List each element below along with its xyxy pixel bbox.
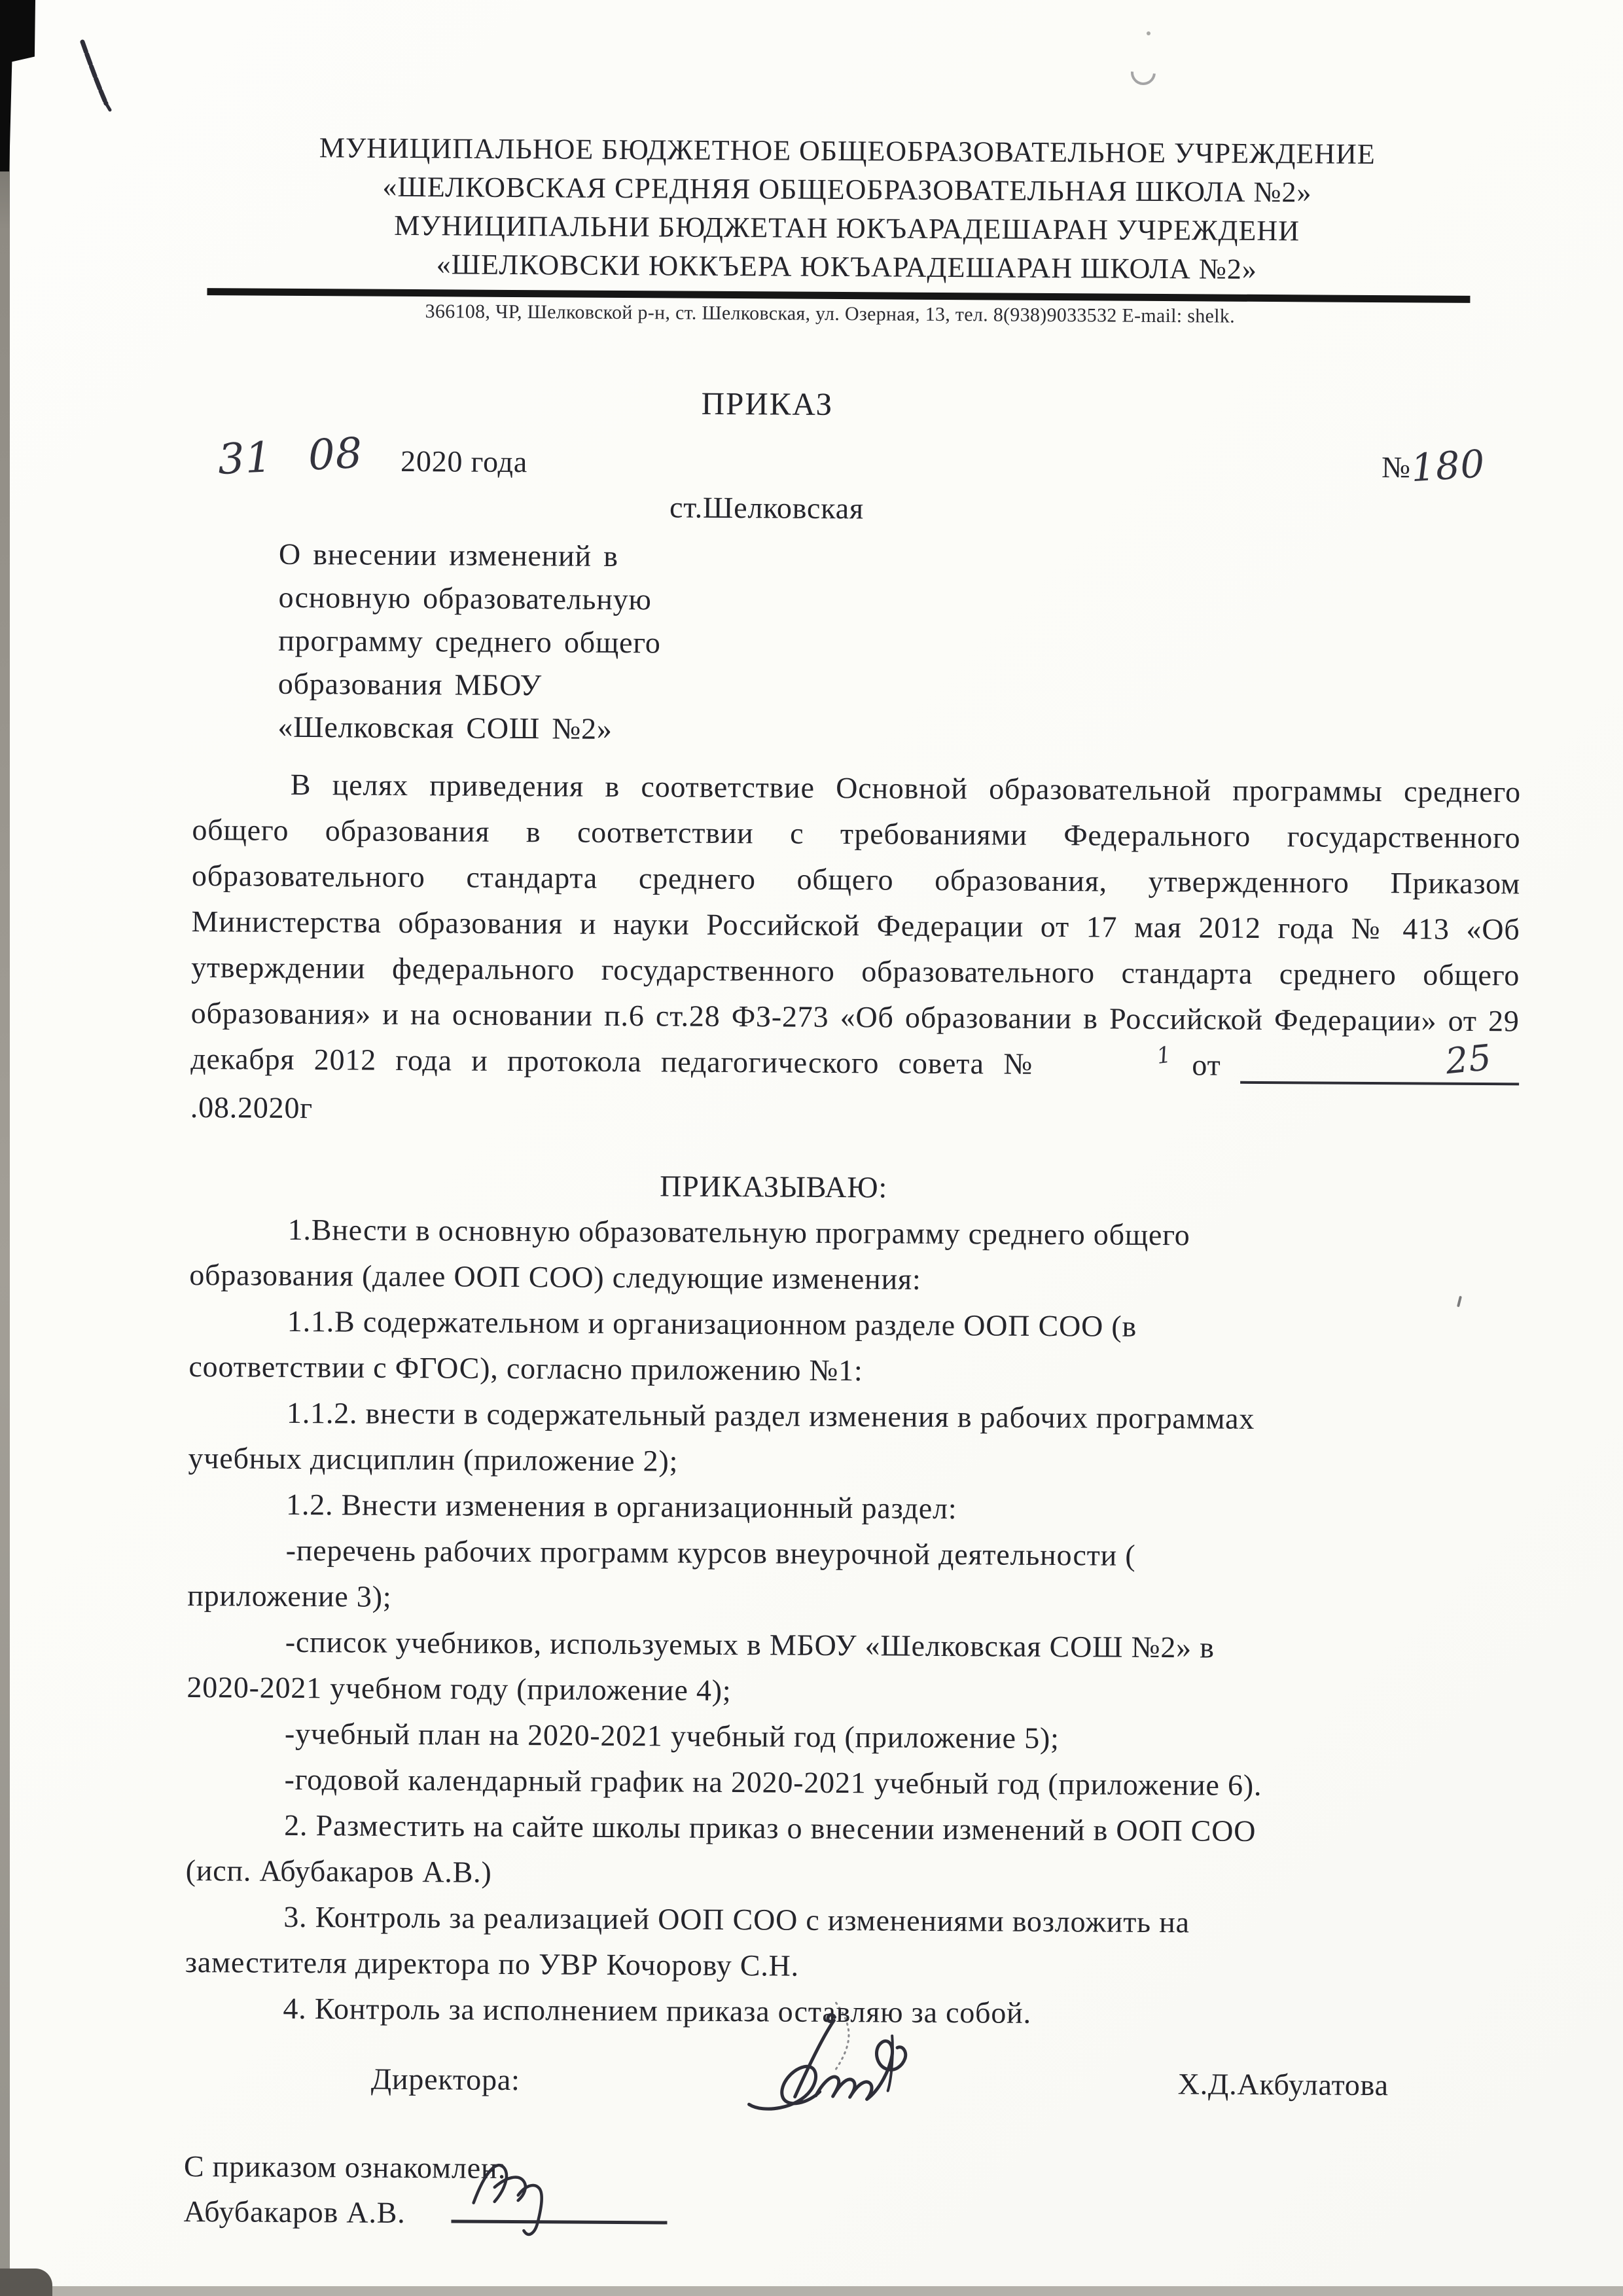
- director-role-label: Директора:: [371, 2062, 520, 2097]
- scan-bottom-edge: [0, 2286, 1623, 2296]
- resolution-word: ПРИКАЗЫВАЮ:: [109, 1160, 1438, 1213]
- address-line: 366108, ЧР, Шелковской р-н, ст. Шелковск…: [166, 299, 1494, 329]
- place-line: ст.Шелковская: [102, 486, 1431, 529]
- intro-paragraph: В целях приведения в соответствие Основн…: [190, 761, 1521, 1138]
- intro-from-word: от: [1192, 1048, 1221, 1081]
- date-year-text: 2020 года: [401, 444, 527, 479]
- scan-top-left-corner: [0, 0, 35, 171]
- intro-text: В целях приведения в соответствие Основн…: [190, 768, 1521, 1081]
- order-item: -годовой календарный график на 2020-2021…: [186, 1756, 1514, 1810]
- org-name-line: «ШЕЛКОВСКАЯ СРЕДНЯЯ ОБЩЕОБРАЗОВАТЕЛЬНАЯ …: [183, 166, 1511, 213]
- director-name: Х.Д.Акбулатова: [1178, 2066, 1389, 2102]
- order-item: 2. Разместить на сайте школы приказ о вн…: [186, 1802, 1515, 1901]
- protocol-date-underline: 25: [1240, 1046, 1520, 1086]
- order-item: 1.2. Внести изменения в организационный …: [188, 1481, 1516, 1535]
- order-item: 3. Контроль за реализацией ООП СОО с изм…: [185, 1893, 1514, 1993]
- pen-mark-icon: [76, 38, 122, 123]
- order-number: №180: [1382, 442, 1485, 487]
- scan-bottom-left-corner: [0, 2269, 52, 2296]
- handwritten-protocol-number: 1: [1057, 1032, 1175, 1092]
- order-item: 1.Внести в основную образовательную прог…: [189, 1206, 1518, 1306]
- order-item: -перечень рабочих программ курсов внеуро…: [187, 1527, 1516, 1626]
- scan-circle-mark: [1126, 55, 1161, 90]
- abubakarov-signature-icon: [463, 2147, 627, 2246]
- signature-underline: [451, 2213, 667, 2224]
- handwritten-order-number: 180: [1410, 441, 1486, 490]
- order-item: 1.1.В содержательном и организационном р…: [188, 1298, 1518, 1397]
- director-signature-row: Директора: Х.Д.Акбулатова: [185, 2060, 1513, 2103]
- handwritten-protocol-day: 25: [1346, 1040, 1493, 1089]
- scanned-order-page: { "document": { "header": { "org_lines":…: [0, 0, 1623, 2296]
- acknowledgement-block: С приказом ознакомлен: Абубакаров А.В.: [183, 2149, 1512, 2236]
- order-document: МУНИЦИПАЛЬНОЕ БЮДЖЕТНОЕ ОБЩЕОБРАЗОВАТЕЛЬ…: [183, 128, 1525, 2236]
- order-item: 1.1.2. внести в содержательный раздел из…: [188, 1390, 1517, 1489]
- order-title: ПРИКАЗ: [103, 381, 1431, 426]
- org-name-line: «ШЕЛКОВСКИ ЮККЪЕРА ЮКЪАРАДЕШАРАН ШКОЛА №…: [183, 243, 1511, 290]
- acknowledged-by-name: Абубакаров А.В.: [183, 2194, 405, 2230]
- order-subject: О внесении изменений в основную образова…: [277, 533, 815, 752]
- order-item: -учебный план на 2020-2021 учебный год (…: [187, 1710, 1515, 1764]
- director-signature-icon: [737, 1992, 927, 2130]
- acknowledgement-label: С приказом ознакомлен:: [184, 2149, 1512, 2191]
- protocol-date-typed: .08.2020г: [190, 1090, 313, 1124]
- order-item: -список учебников, используемых в МБОУ «…: [187, 1619, 1516, 1718]
- scan-left-edge: [0, 0, 10, 2296]
- scan-speck: [1147, 31, 1150, 35]
- organization-header: МУНИЦИПАЛЬНОЕ БЮДЖЕТНОЕ ОБЩЕОБРАЗОВАТЕЛЬ…: [183, 128, 1512, 290]
- number-sign: №: [1382, 450, 1411, 484]
- paper-background: МУНИЦИПАЛЬНОЕ БЮДЖЕТНОЕ ОБЩЕОБРАЗОВАТЕЛЬ…: [0, 0, 1623, 2296]
- date-number-row: 31 08 2020 года №180: [194, 432, 1523, 488]
- handwritten-date: 31 08: [217, 429, 363, 484]
- acknowledgement-signature-row: Абубакаров А.В.: [183, 2194, 1512, 2236]
